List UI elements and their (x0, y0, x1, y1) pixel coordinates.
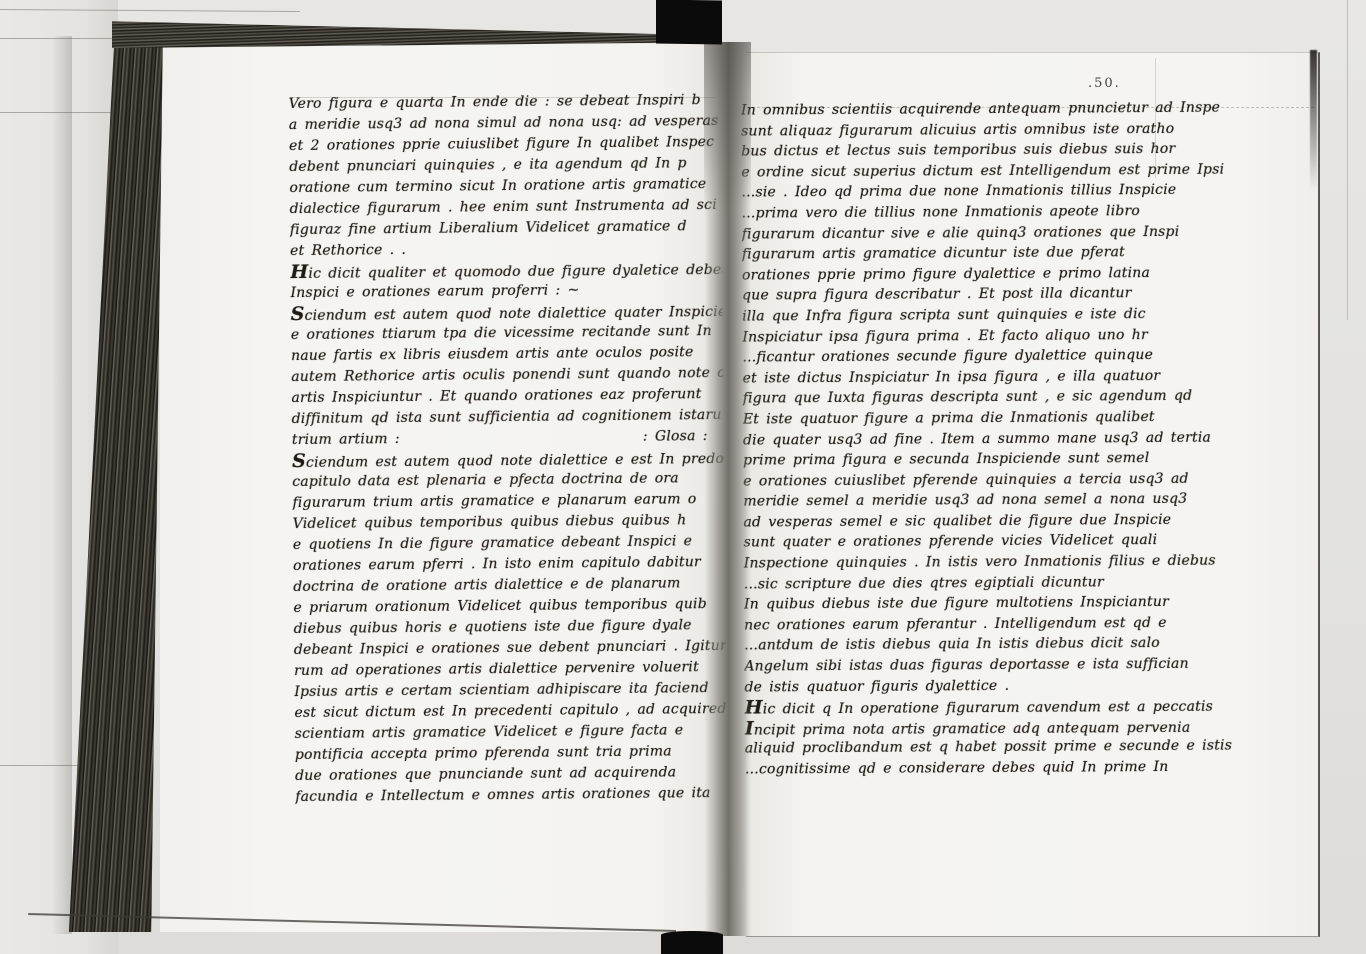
manuscript-line: die quater usq3 ad fine . Item a summo m… (743, 427, 1249, 451)
page-edges-shadow (52, 36, 72, 934)
left-page-text-block: Vero figura e quarta In ende die : se de… (289, 90, 728, 816)
backdrop-right-line (1347, 0, 1348, 320)
right-page-edge-dark-line (1310, 50, 1317, 190)
book-gutter-shadow-top (704, 42, 751, 212)
right-page-text-block: In omnibus scientiis acquirende antequam… (741, 97, 1251, 790)
spine-strap-bottom (661, 931, 723, 954)
manuscript-line: figurarum dicantur sive e alie quinq3 or… (742, 221, 1248, 245)
manuscript-line: In omnibus scientiis acquirende antequam… (741, 97, 1247, 121)
manuscript-line: Hic dicit q In operatione figurarum cave… (745, 695, 1251, 719)
manuscript-line: facundia e Intellectum e omnes artis ora… (295, 783, 727, 808)
manuscript-line: Hic dicit qualiter et quomodo due figure… (290, 258, 722, 283)
manuscript-line: ...sie . Ideo qd prima due none Inmation… (741, 180, 1247, 204)
manuscript-line: figuraz fine artium Liberalium Videlicet… (290, 216, 722, 241)
manuscript-line: aliquid proclibandum est q habet possit … (745, 736, 1251, 760)
manuscript-line: meridie semel a meridie usq3 ad nona sem… (743, 489, 1249, 513)
manuscript-line: Inspectione quinquies . In istis vero In… (744, 551, 1250, 575)
spine-strap-top (656, 0, 722, 45)
manuscript-line: Angelum sibi istas duas figuras deportas… (744, 653, 1250, 677)
manuscript-line: figura que Iuxta figuras descripta sunt … (743, 386, 1249, 410)
manuscript-line: bus dictus et lectus suis temporibus sui… (741, 139, 1247, 163)
manuscript-line: ...cognitissime qd e considerare debes q… (745, 756, 1251, 780)
folio-number: .50. (1088, 76, 1121, 91)
